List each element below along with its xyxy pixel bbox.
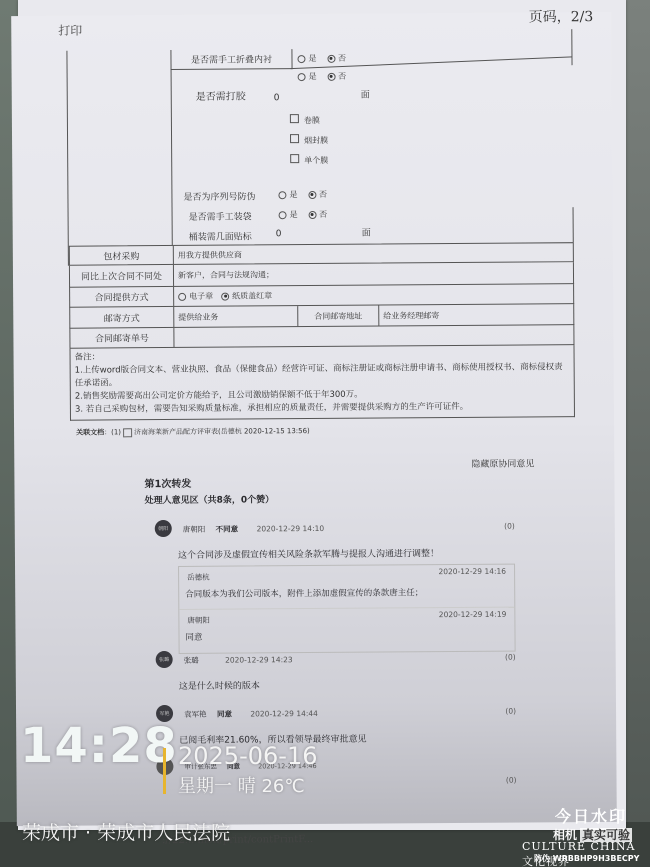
comment-item: 朝阳 唐朝阳 不同意 2020-12-29 14:10 (0) 这个合同涉及虚假… (155, 518, 515, 561)
radio-checked-icon (221, 292, 229, 300)
related-documents: 关联文档：(1)济南海莱新产品配方评审表(岳德杭 2020-12-15 13:5… (76, 426, 310, 438)
comment-status: 不同意 (216, 525, 239, 534)
reply-time: 2020-12-29 14:19 (439, 610, 507, 619)
material-purchase-label: 包材采购 (70, 246, 174, 265)
like-count[interactable]: (0) (505, 653, 516, 662)
lamination-options: 是 否 (298, 71, 355, 83)
checkbox-icon (290, 114, 299, 123)
radio-checked-icon (308, 210, 316, 218)
printed-page: 页码，2/3 打印 是否需手工折叠内衬 是 否 是 否 是否需打胶 0 面 卷 (11, 12, 617, 826)
related-doc-link[interactable]: 济南海莱新产品配方评审表(岳德杭 2020-12-15 13:56) (134, 427, 310, 436)
contract-form: 是否需手工折叠内衬 是 否 是 否 是否需打胶 0 面 卷膜 烟封膜 单个膜 (67, 47, 575, 421)
mail-method-value: 提供给业务 (174, 306, 298, 327)
comment-item: 张璐 张璐 2020-12-29 14:23 (0) 这是什么时候的版本 (156, 649, 516, 692)
fold-lining-options: 是 否 (297, 53, 354, 65)
comment-time: 2020-12-29 14:23 (225, 655, 293, 664)
overlay-weekday-weather: 星期一 晴 26℃ (178, 772, 305, 798)
reply-thread: 岳德杭 2020-12-29 14:16 合同版本为我们公司版本，附件上添加虚假… (178, 564, 516, 654)
mail-address-label: 合同邮寄地址 (298, 306, 379, 327)
avatar: 张璐 (156, 651, 173, 668)
checkbox-icon (290, 154, 299, 163)
related-label: 关联文档 (76, 428, 104, 436)
overlay-date: 2025-06-16 (178, 742, 317, 770)
diff-from-last-value: 新客户，合同与法规沟通； (174, 262, 573, 286)
checkbox-single-film[interactable]: 单个膜 (290, 151, 328, 171)
lamination-yes[interactable]: 是 (298, 71, 317, 82)
tracking-no-value (174, 325, 573, 347)
like-count[interactable]: (0) (506, 776, 517, 785)
radio-icon (297, 55, 305, 63)
serial-options: 是 否 (278, 189, 335, 201)
comment-item: 军艳 袁军艳 同意 2020-12-29 14:44 (0) 已阅毛利率21.6… (156, 703, 516, 746)
page-number: 页码，2/3 (529, 6, 594, 26)
bagging-options: 是 否 (279, 209, 336, 221)
lamination-unit: 面 (361, 88, 370, 101)
reply-item: 唐朝阳 2020-12-29 14:19 同意 (179, 608, 514, 652)
bagging-yes[interactable]: 是 (279, 209, 298, 220)
contract-method-paper[interactable]: 纸质盖红章 (221, 290, 272, 301)
lamination-label: 是否需打胶 (196, 87, 246, 102)
note-item: 3. 若自己采购包材，需要告知采购质量标准，承担相应的质量责任，并需要提供采购方… (75, 400, 570, 416)
tracking-no-label: 合同邮寄单号 (70, 328, 174, 348)
like-count[interactable]: (0) (504, 522, 515, 531)
watermark-app-name: 今日水印 (555, 804, 627, 827)
checkbox-seal-film[interactable]: 烟封膜 (290, 131, 328, 151)
fold-lining-no[interactable]: 否 (327, 53, 346, 64)
note-item: 1.上传word版合同文本、营业执照、食品（保健食品）经营许可证、商标注册证或商… (75, 361, 570, 390)
diff-from-last-label: 同比上次合同不同处 (70, 265, 174, 287)
radio-icon (178, 292, 186, 300)
bagging-label: 是否需手工装袋 (189, 209, 252, 222)
radio-checked-icon (308, 190, 316, 198)
radio-icon (278, 191, 286, 199)
reply-text: 合同版本为我们公司版本，附件上添加虚假宣传的条款唐主任； (185, 586, 423, 600)
hide-original-opinions-link[interactable]: 隐藏原协同意见 (471, 456, 534, 469)
lamination-count: 0 (274, 93, 280, 103)
comment-author: 袁军艳 (184, 710, 207, 719)
mail-address-value: 给业务经理邮寄 (379, 304, 573, 325)
watermark-code: 防伪 WRBBHP9H3BECPY (534, 853, 639, 864)
comment-time: 2020-12-29 14:44 (250, 709, 318, 718)
overlay-time: 14:28 (20, 718, 178, 774)
checkbox-icon (290, 134, 299, 143)
opinion-area-title: 处理人意见区（共8条，0个赞） (145, 492, 275, 506)
fold-lining-label: 是否需手工折叠内衬 (170, 49, 292, 70)
reply-author: 岳德杭 (187, 572, 210, 583)
barrel-count: 0 (276, 229, 282, 239)
comment-text: 这个合同涉及虚假宣传相关风险条款军腾与提报人沟通进行调整！ (178, 546, 439, 561)
avatar: 朝阳 (155, 520, 172, 537)
lamination-no[interactable]: 否 (327, 71, 346, 82)
comment-text: 这是什么时候的版本 (179, 678, 260, 692)
barrel-unit: 面 (362, 226, 371, 239)
reply-time: 2020-12-29 14:16 (438, 567, 506, 576)
document-icon (123, 428, 132, 437)
contract-method-electronic[interactable]: 电子章 (178, 291, 213, 302)
forward-title: 第1次转发 (144, 475, 191, 490)
radio-icon (298, 73, 306, 81)
serial-label: 是否为序列号防伪 (183, 189, 255, 203)
contract-method-options: 电子章 纸质盖红章 (174, 284, 573, 306)
reply-text: 同意 (185, 631, 202, 643)
notes-box: 备注： 1.上传word版合同文本、营业执照、食品（保健食品）经营许可证、商标注… (70, 345, 575, 421)
like-count[interactable]: (0) (505, 707, 516, 716)
checkbox-roll-film[interactable]: 卷膜 (290, 111, 328, 131)
comment-status: 同意 (217, 710, 232, 719)
radio-checked-icon (327, 72, 335, 80)
mail-method-label: 邮寄方式 (70, 307, 174, 328)
film-checkboxes: 卷膜 烟封膜 单个膜 (290, 111, 328, 171)
radio-checked-icon (327, 54, 335, 62)
overlay-location: 荣成市 · 荣成市人民法院 (22, 818, 230, 845)
barrel-label: 桶装需几面贴标 (189, 229, 252, 242)
material-purchase-value: 用我方提供供应商 (174, 243, 573, 264)
packaging-block: 是 否 是否需打胶 0 面 卷膜 烟封膜 单个膜 是否为序列号防伪 是 否 是否… (68, 67, 574, 246)
serial-yes[interactable]: 是 (278, 189, 297, 200)
comment-author: 张璐 (184, 656, 199, 665)
bagging-no[interactable]: 否 (308, 209, 327, 220)
reply-author: 唐朝阳 (187, 615, 210, 626)
contract-method-label: 合同提供方式 (70, 287, 174, 307)
comment-time: 2020-12-29 14:10 (257, 524, 325, 533)
reply-item: 岳德杭 2020-12-29 14:16 合同版本为我们公司版本，附件上添加虚假… (179, 565, 514, 610)
fold-lining-yes[interactable]: 是 (297, 53, 316, 64)
radio-icon (279, 211, 287, 219)
serial-no[interactable]: 否 (308, 189, 327, 200)
overlay-accent-bar (163, 748, 166, 794)
comment-author: 唐朝阳 (183, 525, 206, 534)
print-label: 打印 (58, 22, 82, 39)
